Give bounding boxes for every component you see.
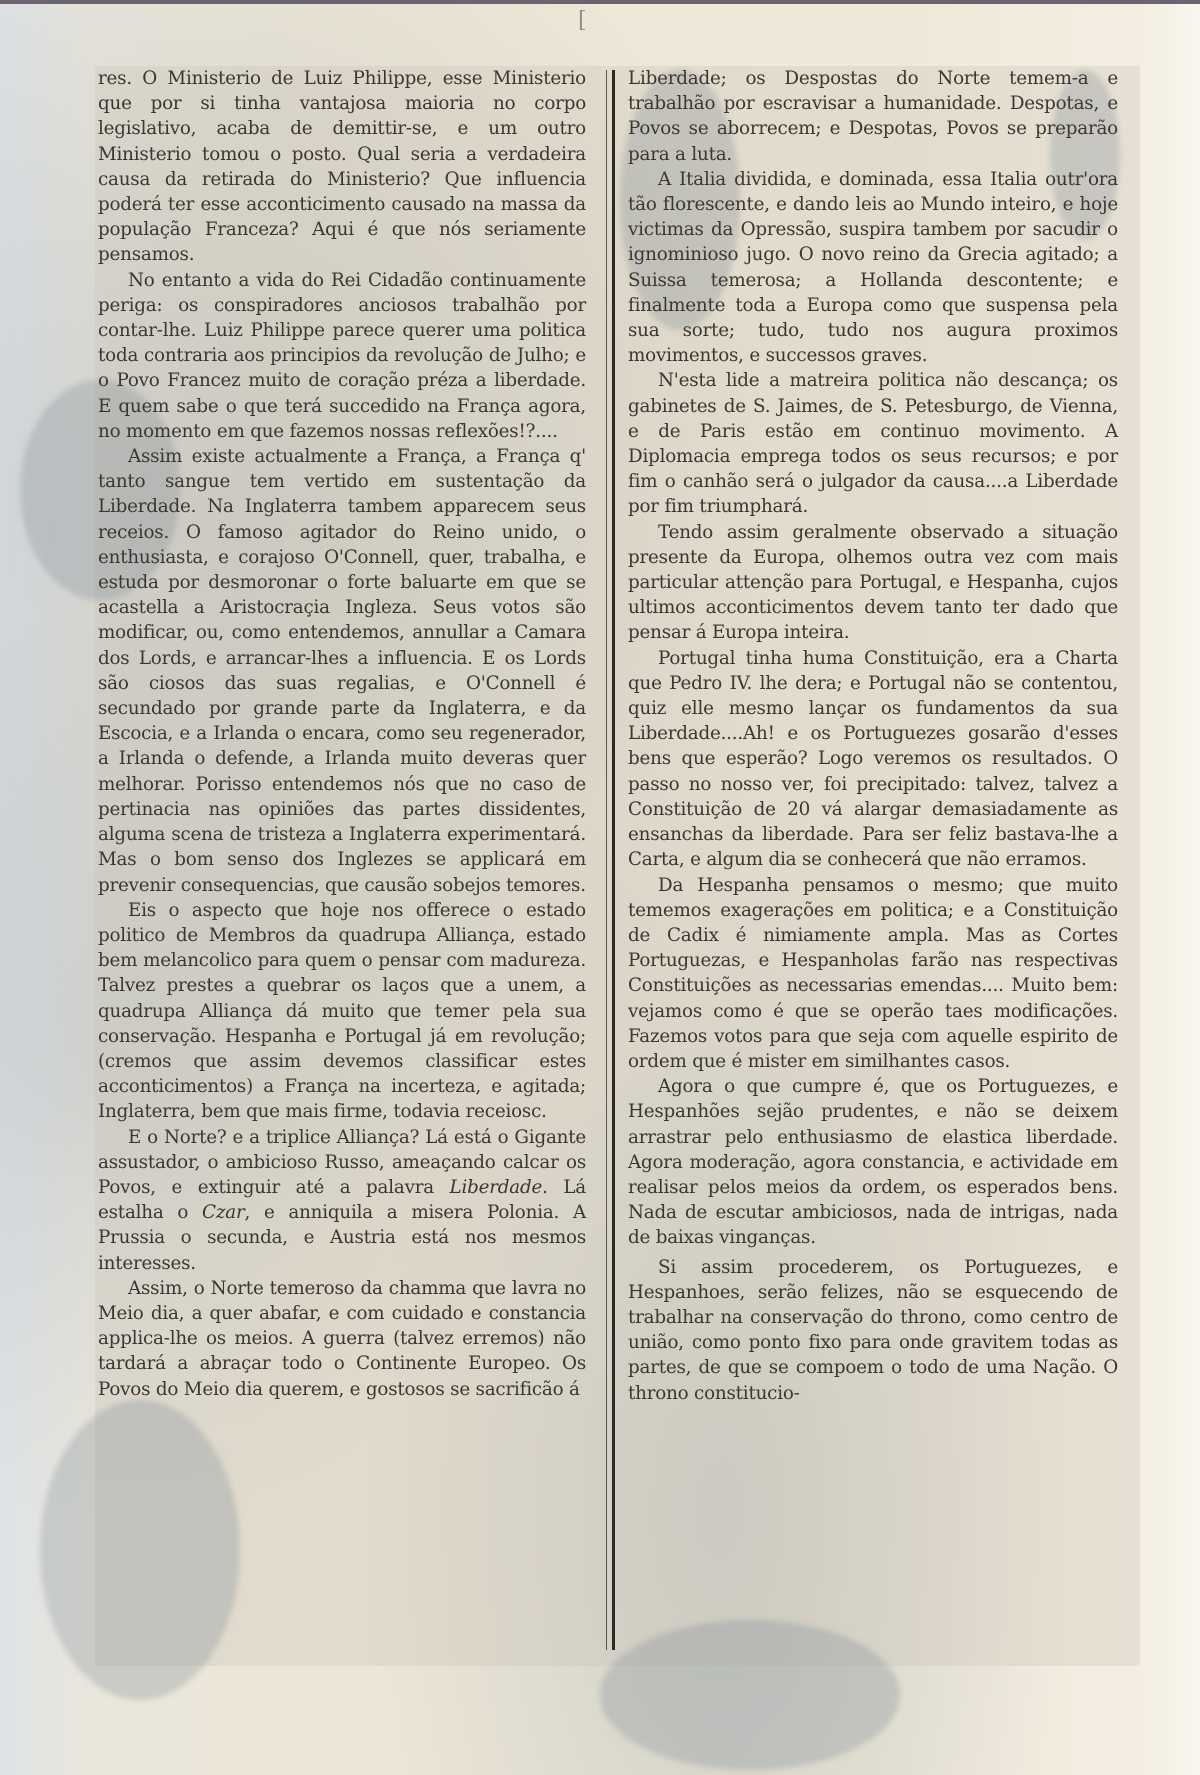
column-rule [612, 70, 615, 1650]
paragraph: Liberdade; os Despostas do Norte temem-a… [628, 66, 1118, 167]
paragraph: E o Norte? e a triplice Alliança? Lá est… [98, 1125, 586, 1276]
paragraph: Assim, o Norte temeroso da chamma que la… [98, 1276, 586, 1402]
paragraph: Portugal tinha huma Constituição, era a … [628, 646, 1118, 873]
paragraph: res. O Ministerio de Luiz Philippe, esse… [98, 66, 586, 268]
top-edge [0, 0, 1200, 4]
paragraph: N'esta lide a matreira politica não desc… [628, 368, 1118, 519]
italic-word: Liberdade [450, 1177, 543, 1198]
paragraph: Da Hespanha pensamos o mesmo; que muito … [628, 873, 1118, 1075]
newspaper-page: [ res. O Ministerio de Luiz Philippe, es… [0, 0, 1200, 1775]
water-stain [40, 1400, 240, 1700]
paragraph: Tendo assim geralmente observado a situa… [628, 520, 1118, 646]
paragraph: Assim existe actualmente a França, a Fra… [98, 444, 586, 898]
water-stain [600, 1620, 900, 1770]
italic-word: Czar [202, 1202, 244, 1223]
paragraph: Si assim procederem, os Portuguezes, e H… [628, 1255, 1118, 1406]
left-column: res. O Ministerio de Luiz Philippe, esse… [98, 66, 586, 1402]
page-folio-mark: [ [578, 8, 587, 33]
paragraph: Agora o que cumpre é, que os Portuguezes… [628, 1074, 1118, 1250]
paragraph: A Italia dividida, e dominada, essa Ital… [628, 167, 1118, 369]
right-column: Liberdade; os Despostas do Norte temem-a… [628, 66, 1118, 1406]
paragraph: No entanto a vida do Rei Cidadão continu… [98, 268, 586, 444]
paragraph: Eis o aspecto que hoje nos offerece o es… [98, 898, 586, 1125]
column-rule-thin [606, 70, 607, 1650]
